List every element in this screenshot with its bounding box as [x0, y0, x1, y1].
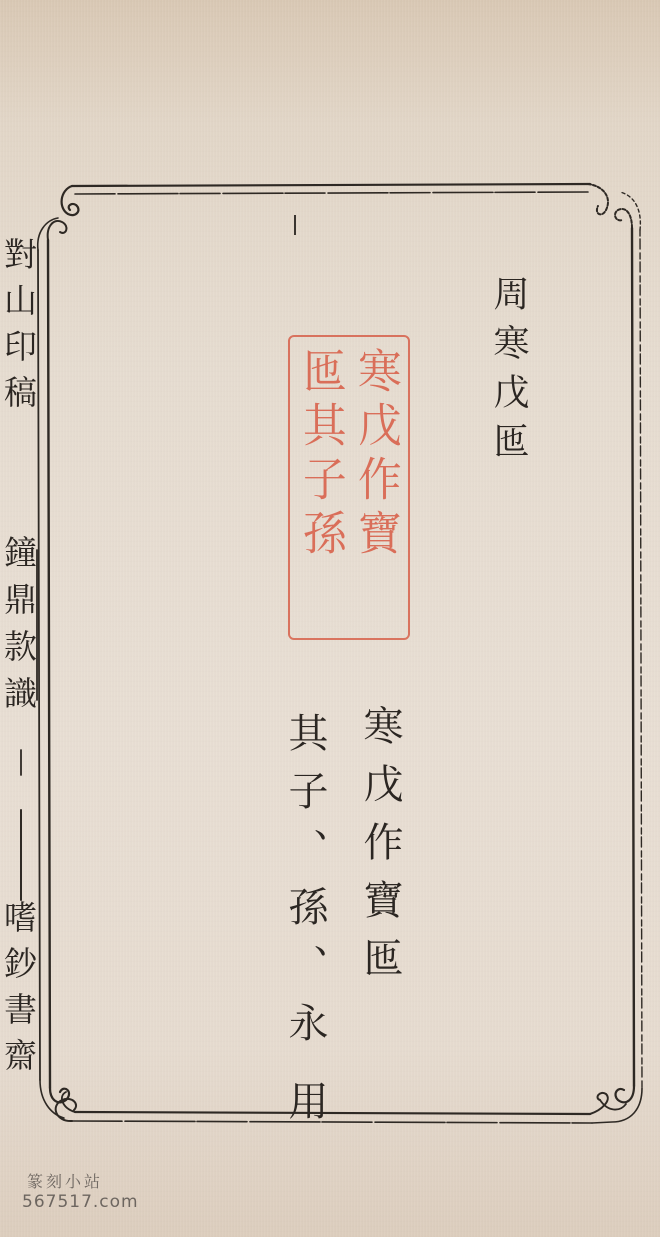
inscription-column-2-last: 用 [282, 1080, 328, 1138]
inscription-column-1: 寒戊作寶匜 [360, 705, 400, 995]
book-title: 對山印稿 [2, 237, 35, 421]
inscription-column-2: 其子、孫、永用 [285, 712, 325, 1138]
seal-column-1: 寒戊作寶 [355, 347, 399, 628]
section-title: 鐘鼎款識 [2, 535, 35, 723]
seal-impression: 寒戊作寶 匜其子孫 [288, 335, 410, 640]
watermark-url: 567517.com [22, 1192, 139, 1213]
fold-tick-mark [294, 215, 296, 235]
seal-column-2: 匜其子孫 [300, 347, 344, 628]
seal-title: 周寒戊匜 [490, 275, 526, 471]
studio-name: 嗜鈔書齋 [2, 900, 35, 1084]
watermark: 篆刻小站 567517.com [22, 1172, 139, 1213]
inscription-column-2-main: 其子、孫、永 [282, 712, 328, 1060]
watermark-name: 篆刻小站 [27, 1172, 139, 1192]
